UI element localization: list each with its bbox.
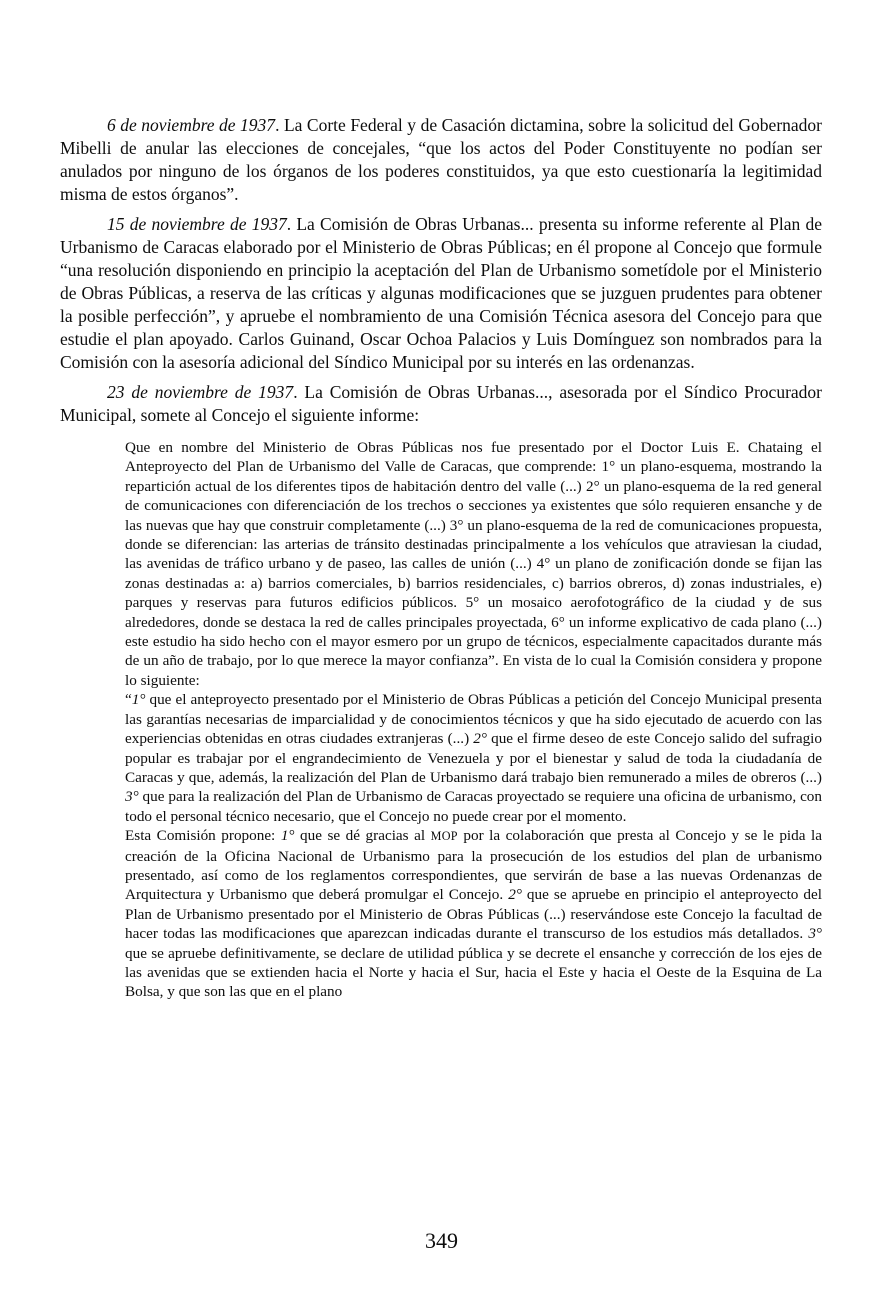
entry-paragraph-nov-23: 23 de noviembre de 1937. La Comisión de …	[60, 381, 822, 427]
entry-paragraph-nov-6: 6 de noviembre de 1937. La Corte Federal…	[60, 114, 822, 206]
text-run: “	[125, 691, 132, 708]
text-run: Que en nombre del Ministerio de Obras Pú…	[125, 439, 822, 689]
text-run: 1°	[281, 827, 295, 844]
text-run: 3°	[808, 925, 822, 942]
committee-report-quote: Que en nombre del Ministerio de Obras Pú…	[125, 438, 822, 1002]
text-run: . La Comisión de Obras Urbanas... presen…	[60, 214, 822, 372]
text-run: 23 de noviembre de 1937	[107, 382, 293, 402]
text-run: 2°	[473, 730, 487, 747]
text-run: 2°	[508, 886, 522, 903]
text-run: MOP	[431, 829, 458, 843]
text-run: que para la realización del Plan de Urba…	[125, 788, 822, 824]
quote-paragraph-considerations: “1° que el anteproyecto presentado por e…	[125, 690, 822, 826]
quote-paragraph-plan-description: Que en nombre del Ministerio de Obras Pú…	[125, 438, 822, 690]
book-page: 6 de noviembre de 1937. La Corte Federal…	[0, 0, 883, 1315]
text-run: que se apruebe definitivamente, se decla…	[125, 945, 822, 1001]
text-run: 3°	[125, 788, 139, 805]
quote-paragraph-proposals: Esta Comisión propone: 1° que se dé grac…	[125, 826, 822, 1002]
text-run: 6 de noviembre de 1937	[107, 115, 275, 135]
page-number: 349	[0, 1228, 883, 1254]
text-run: Esta Comisión propone:	[125, 827, 281, 844]
entry-paragraph-nov-15: 15 de noviembre de 1937. La Comisión de …	[60, 213, 822, 374]
text-run: 1°	[132, 691, 146, 708]
text-run: que se dé gracias al	[295, 827, 431, 844]
text-column: 6 de noviembre de 1937. La Corte Federal…	[60, 114, 822, 1002]
text-run: 15 de noviembre de 1937	[107, 214, 287, 234]
